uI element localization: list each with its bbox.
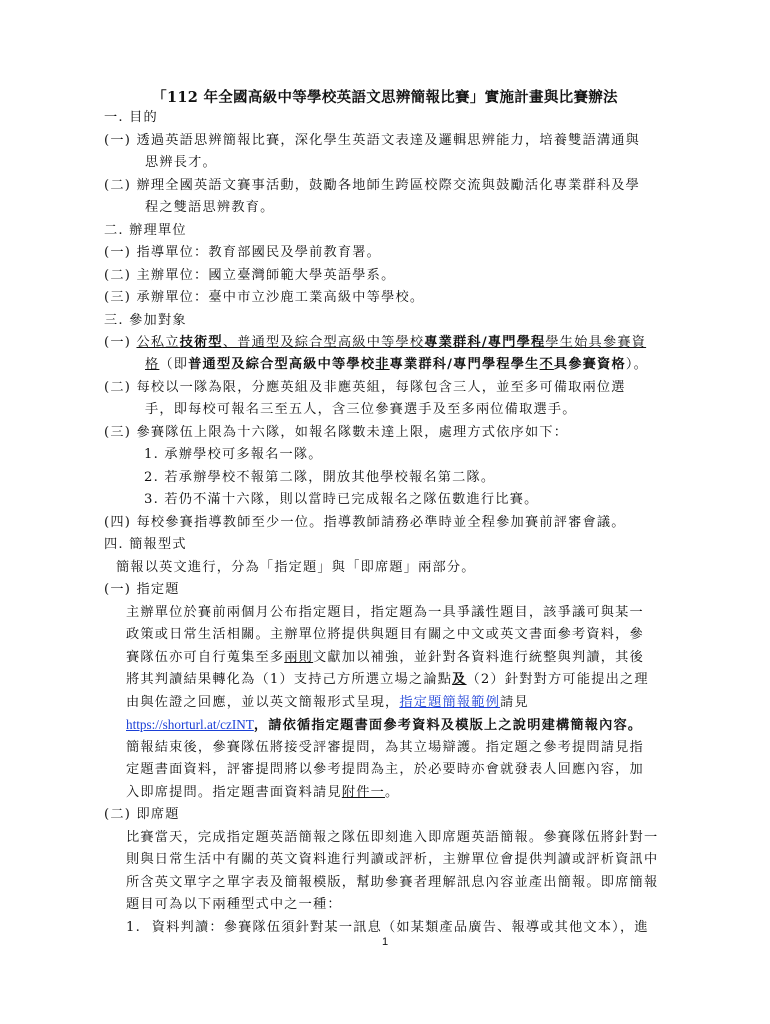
list-item: (一) 公私立技術型、普通型及綜合型高級中等學校專業群科/專門學程學生始具參賽資 xyxy=(104,333,646,353)
attachment-1-reference: 附件一 xyxy=(342,785,385,800)
list-item: (一) 指導單位：教育部國民及學前教育署。 xyxy=(104,243,381,263)
subsection-heading-impromptu-topic: (二) 即席題 xyxy=(104,805,180,825)
paragraph-line: 比賽當天，完成指定題英語簡報之隊伍即刻進入即席題英語簡報。參賽隊伍將針對一 xyxy=(126,828,658,848)
paragraph-line: 題目可為以下兩種型式中之一種： xyxy=(126,895,342,915)
paragraph-line: 定題書面資料，評審提問將以參考提問為主，於必要時亦會就發表人回應內容，加 xyxy=(126,760,644,780)
paragraph-line: https://shorturl.at/czINT，請依循指定題書面參考資料及模… xyxy=(126,715,642,736)
list-item: (四) 每校參賽指導教師至少一位。指導教師請務必準時並全程參加賽前評審會議。 xyxy=(104,513,626,533)
paragraph-intro: 簡報以英文進行，分為「指定題」與「即席題」兩部分。 xyxy=(116,558,476,578)
sub-list-item: 1. 承辦學校可多報名一隊。 xyxy=(144,445,323,465)
sub-list-item: 2. 若承辦學校不報第二隊，開放其他學校報名第二隊。 xyxy=(144,468,495,488)
document-title: 「112 年全國高級中等學校英語文思辨簡報比賽」實施計畫與比賽辦法 xyxy=(0,86,770,107)
list-item-continuation: 手，即每校可報名三至五人，含三位參賽選手及至多兩位備取選手。 xyxy=(145,400,577,420)
list-item-continuation: 程之雙語思辨教育。 xyxy=(145,198,275,218)
paragraph-line: 政策或日常生活相關。主辦單位將提供與題目有關之中文或英文書面參考資料，參 xyxy=(126,625,644,645)
list-item: (二) 辦理全國英語文賽事活動，鼓勵各地師生跨區校際交流與鼓勵活化專業群科及學 xyxy=(104,176,640,196)
subsection-heading-assigned-topic: (一) 指定題 xyxy=(104,580,180,600)
list-item-continuation: 格（即普通型及綜合型高級中等學校非專業群科/專門學程學生不具參賽資格）。 xyxy=(145,355,648,375)
sub-list-item: 1. 資料判讀：參賽隊伍須針對某一訊息（如某類產品廣告、報導或其他文本），進 xyxy=(126,918,649,938)
list-item: (二) 每校以一隊為限，分應英組及非應英組，每隊包含三人，並至多可備取兩位選 xyxy=(104,378,626,398)
paragraph-line: 所含英文單字之單字表及簡報模版，幫助參賽者理解訊息內容並產出簡報。即席簡報 xyxy=(126,873,658,893)
paragraph-line: 入即席提問。指定題書面資料請見附件一。 xyxy=(126,783,399,803)
paragraph-line: 則與日常生活中有關的英文資料進行判讀或評析，主辦單位會提供判讀或評析資訊中 xyxy=(126,850,658,870)
example-presentation-link[interactable]: 指定題簡報範例 xyxy=(399,695,500,710)
eligibility-underlined: 公私立技術型、普通型及綜合型高級中等學校專業群科/專門學程學生始具參賽資 xyxy=(136,335,646,350)
document-page: 「112 年全國高級中等學校英語文思辨簡報比賽」實施計畫與比賽辦法 一. 目的 … xyxy=(0,0,770,1024)
list-item-continuation: 思辨長才。 xyxy=(145,153,217,173)
sub-list-item: 3. 若仍不滿十六隊，則以當時已完成報名之隊伍數進行比賽。 xyxy=(144,490,538,510)
list-item: (三) 承辦單位：臺中市立沙鹿工業高級中等學校。 xyxy=(104,288,424,308)
list-item: (三) 參賽隊伍上限為十六隊，如報名隊數未達上限，處理方式依序如下： xyxy=(104,423,568,443)
section-heading-organizers: 二. 辦理單位 xyxy=(104,221,187,241)
paragraph-line: 賽隊伍亦可自行蒐集至多兩則文獻加以補強，並針對各資料進行統整與判讀，其後 xyxy=(126,648,644,668)
paragraph-line: 由與佐證之回應，並以英文簡報形式呈現，指定題簡報範例請見 xyxy=(126,693,529,713)
section-heading-purpose: 一. 目的 xyxy=(104,108,158,128)
list-item: (二) 主辦單位：國立臺灣師範大學英語學系。 xyxy=(104,266,395,286)
list-item: (一) 透過英語思辨簡報比賽，深化學生英語文表達及邏輯思辨能力，培養雙語溝通與 xyxy=(104,131,640,151)
section-heading-participants: 三. 參加對象 xyxy=(104,311,187,331)
paragraph-line: 簡報結束後，參賽隊伍將接受評審提問，為其立場辯護。指定題之參考提問請見指 xyxy=(126,738,644,758)
paragraph-line: 將其判讀結果轉化為（1）支持己方所選立場之論點及（2）針對對方可能提出之理 xyxy=(126,670,649,690)
section-heading-presentation-format: 四. 簡報型式 xyxy=(104,535,187,555)
page-number: 1 xyxy=(0,936,770,948)
paragraph-line: 主辦單位於賽前兩個月公布指定題目，指定題為一具爭議性題目，該爭議可與某一 xyxy=(126,603,644,623)
shorturl-link[interactable]: https://shorturl.at/czINT xyxy=(126,717,254,732)
